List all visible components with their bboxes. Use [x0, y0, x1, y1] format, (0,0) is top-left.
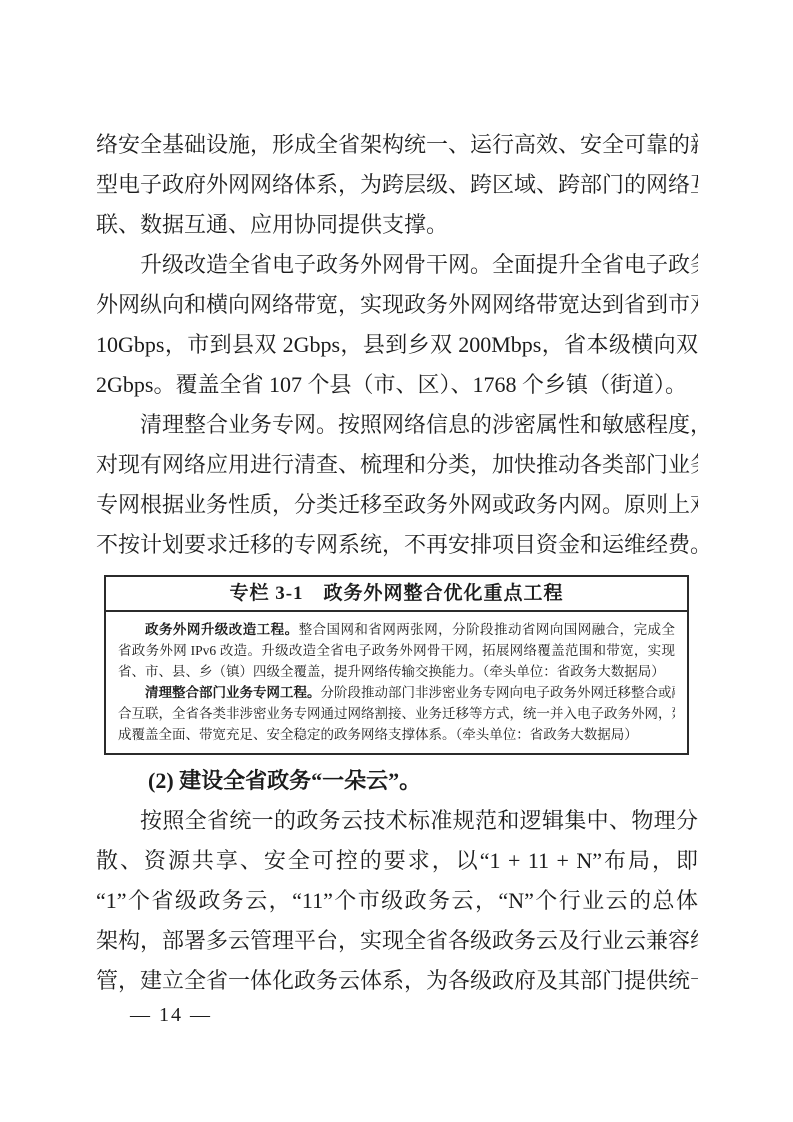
body-paragraph-3: 清理整合业务专网。按照网络信息的涉密属性和敏感程度， 对现有网络应用进行清查、梳…: [96, 405, 698, 565]
body-line: 散、资源共享、安全可控的要求，以“1 + 11 + N”布局，即: [96, 841, 698, 881]
body-line: 管，建立全省一体化政务云体系，为各级政府及其部门提供统一: [96, 961, 698, 1001]
callout-box-body: 政务外网升级改造工程。整合国网和省网两张网，分阶段推动省网向国网融合，完成全 省…: [106, 612, 687, 753]
callout-line: 政务外网升级改造工程。整合国网和省网两张网，分阶段推动省网向国网融合，完成全: [118, 619, 675, 640]
document-page: 络安全基础设施，形成全省架构统一、运行高效、安全可靠的新 型电子政府外网网络体系…: [0, 0, 793, 1122]
body-paragraph-4: 按照全省统一的政务云技术标准规范和逻辑集中、物理分 散、资源共享、安全可控的要求…: [96, 801, 698, 1001]
body-line: 外网纵向和横向网络带宽，实现政务外网网络带宽达到省到市双: [96, 285, 698, 325]
page-number: — 14 —: [96, 1000, 246, 1030]
callout-lead-phrase: 清理整合部门业务专网工程。: [145, 685, 321, 700]
body-paragraph-1: 络安全基础设施，形成全省架构统一、运行高效、安全可靠的新 型电子政府外网网络体系…: [96, 125, 698, 245]
body-line: 架构，部署多云管理平台，实现全省各级政务云及行业云兼容纳: [96, 921, 698, 961]
body-line: 型电子政府外网网络体系，为跨层级、跨区域、跨部门的网络互: [96, 165, 698, 205]
section-heading: (2) 建设全省政务“一朵云”。: [96, 761, 698, 801]
callout-paragraph-2: 清理整合部门业务专网工程。分阶段推动部门非涉密业务专网向电子政务外网迁移整合或融…: [118, 682, 675, 745]
body-line: 专网根据业务性质，分类迁移至政务外网或政务内网。原则上对: [96, 485, 698, 525]
callout-line: 合互联，全省各类非涉密业务专网通过网络割接、业务迁移等方式，统一并入电子政务外网…: [118, 703, 675, 724]
callout-line-text: 分阶段推动部门非涉密业务专网向电子政务外网迁移整合或融: [321, 685, 676, 700]
body-line: “1”个省级政务云，“11”个市级政务云，“N”个行业云的总体: [96, 881, 698, 921]
callout-line: 清理整合部门业务专网工程。分阶段推动部门非涉密业务专网向电子政务外网迁移整合或融: [118, 682, 675, 703]
body-line: 对现有网络应用进行清查、梳理和分类，加快推动各类部门业务: [96, 445, 698, 485]
body-line: 2Gbps。覆盖全省 107 个县（市、区）、1768 个乡镇（街道）。: [96, 365, 698, 405]
callout-line: 成覆盖全面、带宽充足、安全稳定的政务网络支撑体系。（牵头单位：省政务大数据局）: [118, 724, 675, 745]
callout-lead-phrase: 政务外网升级改造工程。: [145, 622, 299, 637]
body-line: 清理整合业务专网。按照网络信息的涉密属性和敏感程度，: [96, 405, 698, 445]
body-line: 络安全基础设施，形成全省架构统一、运行高效、安全可靠的新: [96, 125, 698, 165]
body-line: 升级改造全省电子政务外网骨干网。全面提升全省电子政务: [96, 245, 698, 285]
body-line: 10Gbps，市到县双 2Gbps，县到乡双 200Mbps，省本级横向双: [96, 325, 698, 365]
callout-box-title: 专栏 3-1 政务外网整合优化重点工程: [106, 577, 687, 612]
callout-line: 省、市、县、乡（镇）四级全覆盖，提升网络传输交换能力。（牵头单位：省政务大数据局…: [118, 661, 675, 682]
body-text-column: 络安全基础设施，形成全省架构统一、运行高效、安全可靠的新 型电子政府外网网络体系…: [96, 125, 698, 1001]
callout-line: 省政务外网 IPv6 改造。升级改造全省电子政务外网骨干网，拓展网络覆盖范围和带…: [118, 640, 675, 661]
body-line: 按照全省统一的政务云技术标准规范和逻辑集中、物理分: [96, 801, 698, 841]
callout-line-text: 整合国网和省网两张网，分阶段推动省网向国网融合，完成全: [299, 622, 675, 637]
body-line: 不按计划要求迁移的专网系统，不再安排项目资金和运维经费。: [96, 525, 698, 565]
body-line: 联、数据互通、应用协同提供支撑。: [96, 205, 698, 245]
callout-paragraph-1: 政务外网升级改造工程。整合国网和省网两张网，分阶段推动省网向国网融合，完成全 省…: [118, 619, 675, 682]
body-paragraph-2: 升级改造全省电子政务外网骨干网。全面提升全省电子政务 外网纵向和横向网络带宽，实…: [96, 245, 698, 405]
callout-box: 专栏 3-1 政务外网整合优化重点工程 政务外网升级改造工程。整合国网和省网两张…: [104, 575, 689, 755]
